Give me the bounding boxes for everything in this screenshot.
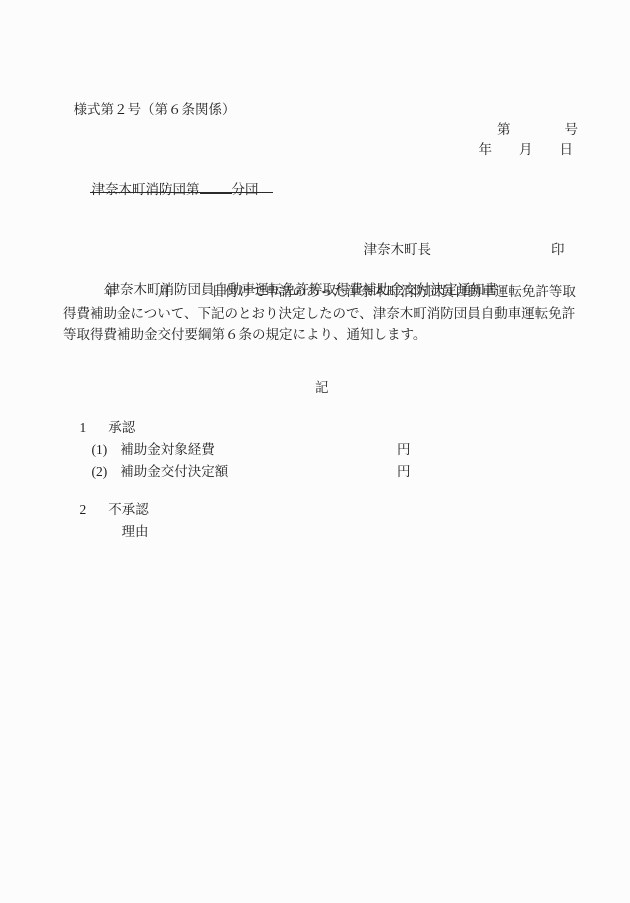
item-text: 補助金交付決定額 [120, 464, 228, 479]
addressee-line: 津奈木町消防団第分団 [0, 158, 630, 221]
document-page: 様式第２号（第６条関係） 第 号 年 月 日 津奈木町消防団第分団 津奈木町長印… [0, 0, 630, 903]
sender-title: 津奈木町長 [364, 242, 432, 257]
body-line: 年 月 日付けで申請のあった津奈木町消防団員自動車運転免許等取 [63, 281, 583, 303]
signature-underline [90, 192, 273, 193]
date-placeholder: 年 月 日 [479, 142, 574, 157]
seal-label: 印 [551, 242, 565, 257]
record-marker: 記 [315, 380, 329, 395]
disapproval-reason-row: 理由 [0, 500, 630, 563]
body-line: 等取得費補助金交付要綱第６条の規定により、通知します。 [63, 324, 583, 346]
reason-label: 理由 [122, 524, 149, 539]
addressee-suffix: 分団 [232, 182, 259, 197]
body-line: 得費補助金について、下記のとおり決定したので、津奈木町消防団員自動車運転免許 [63, 303, 583, 325]
body-paragraph: 年 月 日付けで申請のあった津奈木町消防団員自動車運転免許等取 得費補助金につい… [63, 281, 583, 346]
item-label: (2) [92, 464, 108, 479]
addressee-prefix: 津奈木町消防団第 [92, 182, 200, 197]
